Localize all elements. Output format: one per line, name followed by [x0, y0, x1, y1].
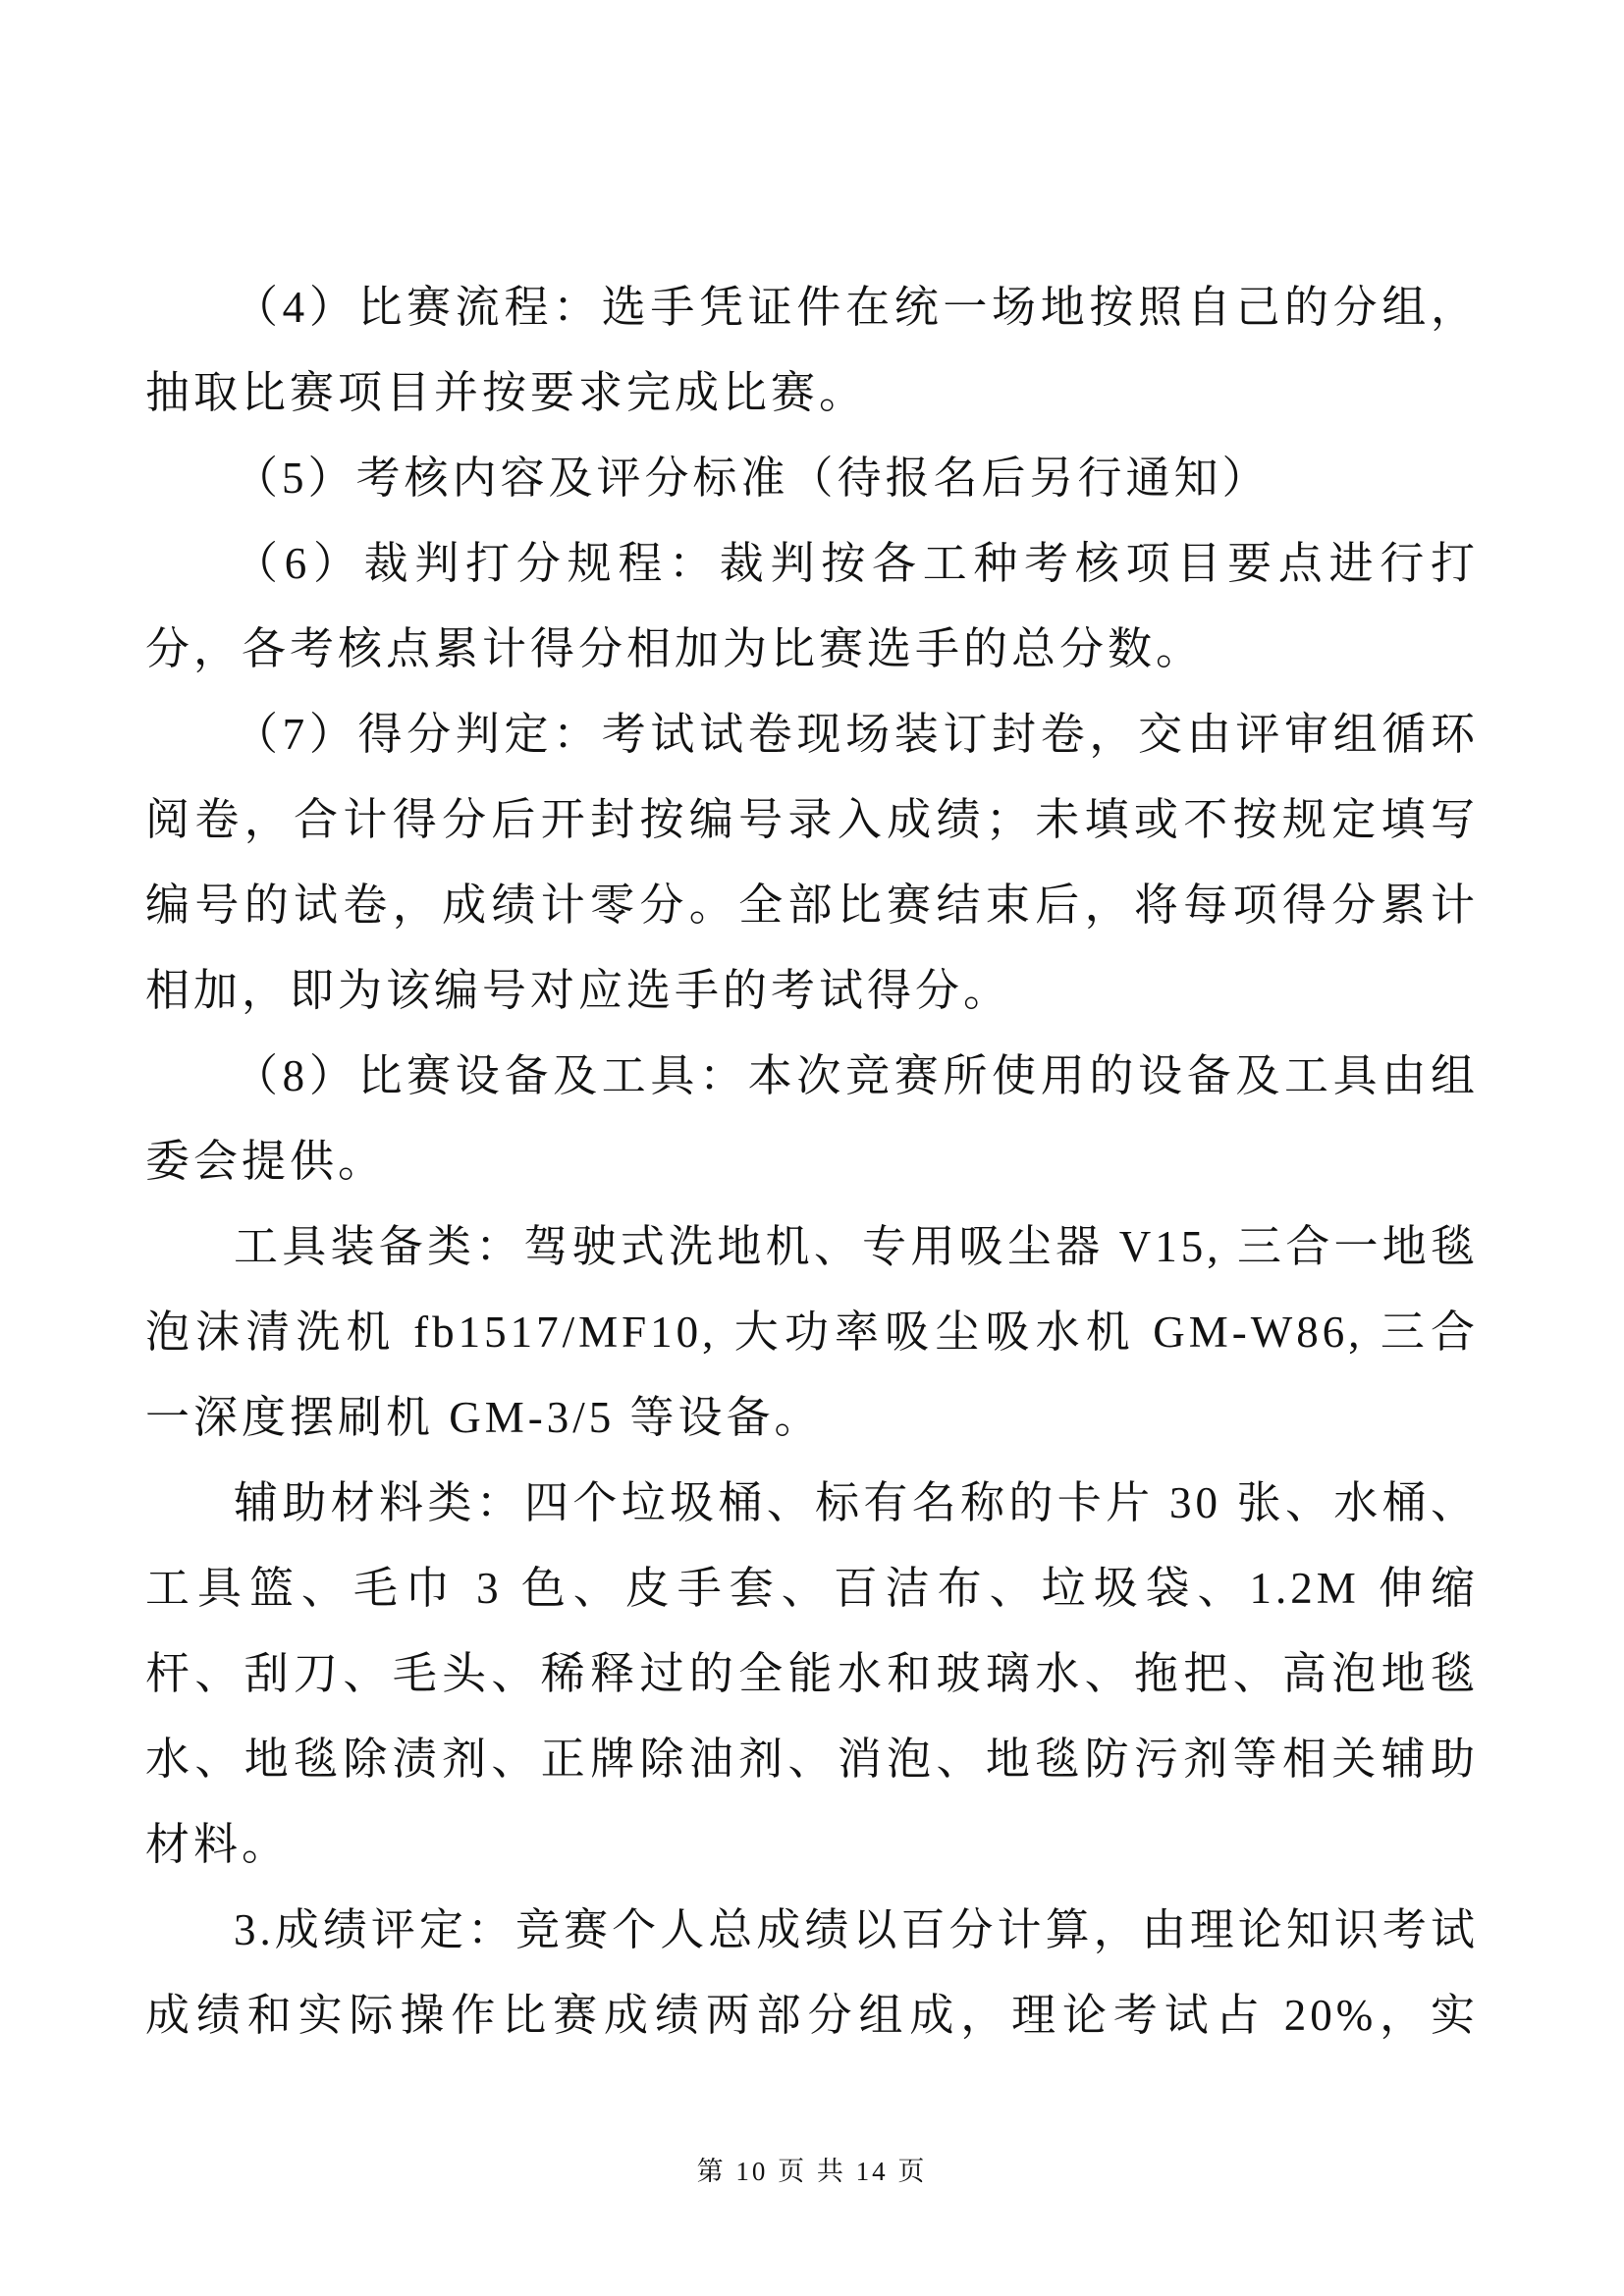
paragraph-auxiliary-materials: 辅助材料类：四个垃圾桶、标有名称的卡片 30 张、水桶、工具篮、毛巾 3 色、皮…	[145, 1461, 1479, 1888]
paragraph-score-evaluation: 3.成绩评定：竞赛个人总成绩以百分计算，由理论知识考试成绩和实际操作比赛成绩两部…	[145, 1888, 1479, 2058]
paragraph-competition-process: （4）比赛流程：选手凭证件在统一场地按照自己的分组，抽取比赛项目并按要求完成比赛…	[145, 265, 1479, 436]
document-page: （4）比赛流程：选手凭证件在统一场地按照自己的分组，抽取比赛项目并按要求完成比赛…	[0, 0, 1624, 2296]
document-body: （4）比赛流程：选手凭证件在统一场地按照自己的分组，抽取比赛项目并按要求完成比赛…	[145, 265, 1479, 2058]
paragraph-score-determination: （7）得分判定：考试试卷现场装订封卷，交由评审组循环阅卷，合计得分后开封按编号录…	[145, 692, 1479, 1034]
paragraph-tool-equipment-list: 工具装备类：驾驶式洗地机、专用吸尘器 V15, 三合一地毯泡沫清洗机 fb151…	[145, 1204, 1479, 1461]
page-number-footer: 第 10 页 共 14 页	[0, 2150, 1624, 2188]
paragraph-equipment-and-tools: （8）比赛设备及工具：本次竞赛所使用的设备及工具由组委会提供。	[145, 1034, 1479, 1204]
paragraph-assessment-criteria: （5）考核内容及评分标准（待报名后另行通知）	[145, 436, 1479, 521]
paragraph-judging-rules: （6）裁判打分规程：裁判按各工种考核项目要点进行打分，各考核点累计得分相加为比赛…	[145, 521, 1479, 692]
